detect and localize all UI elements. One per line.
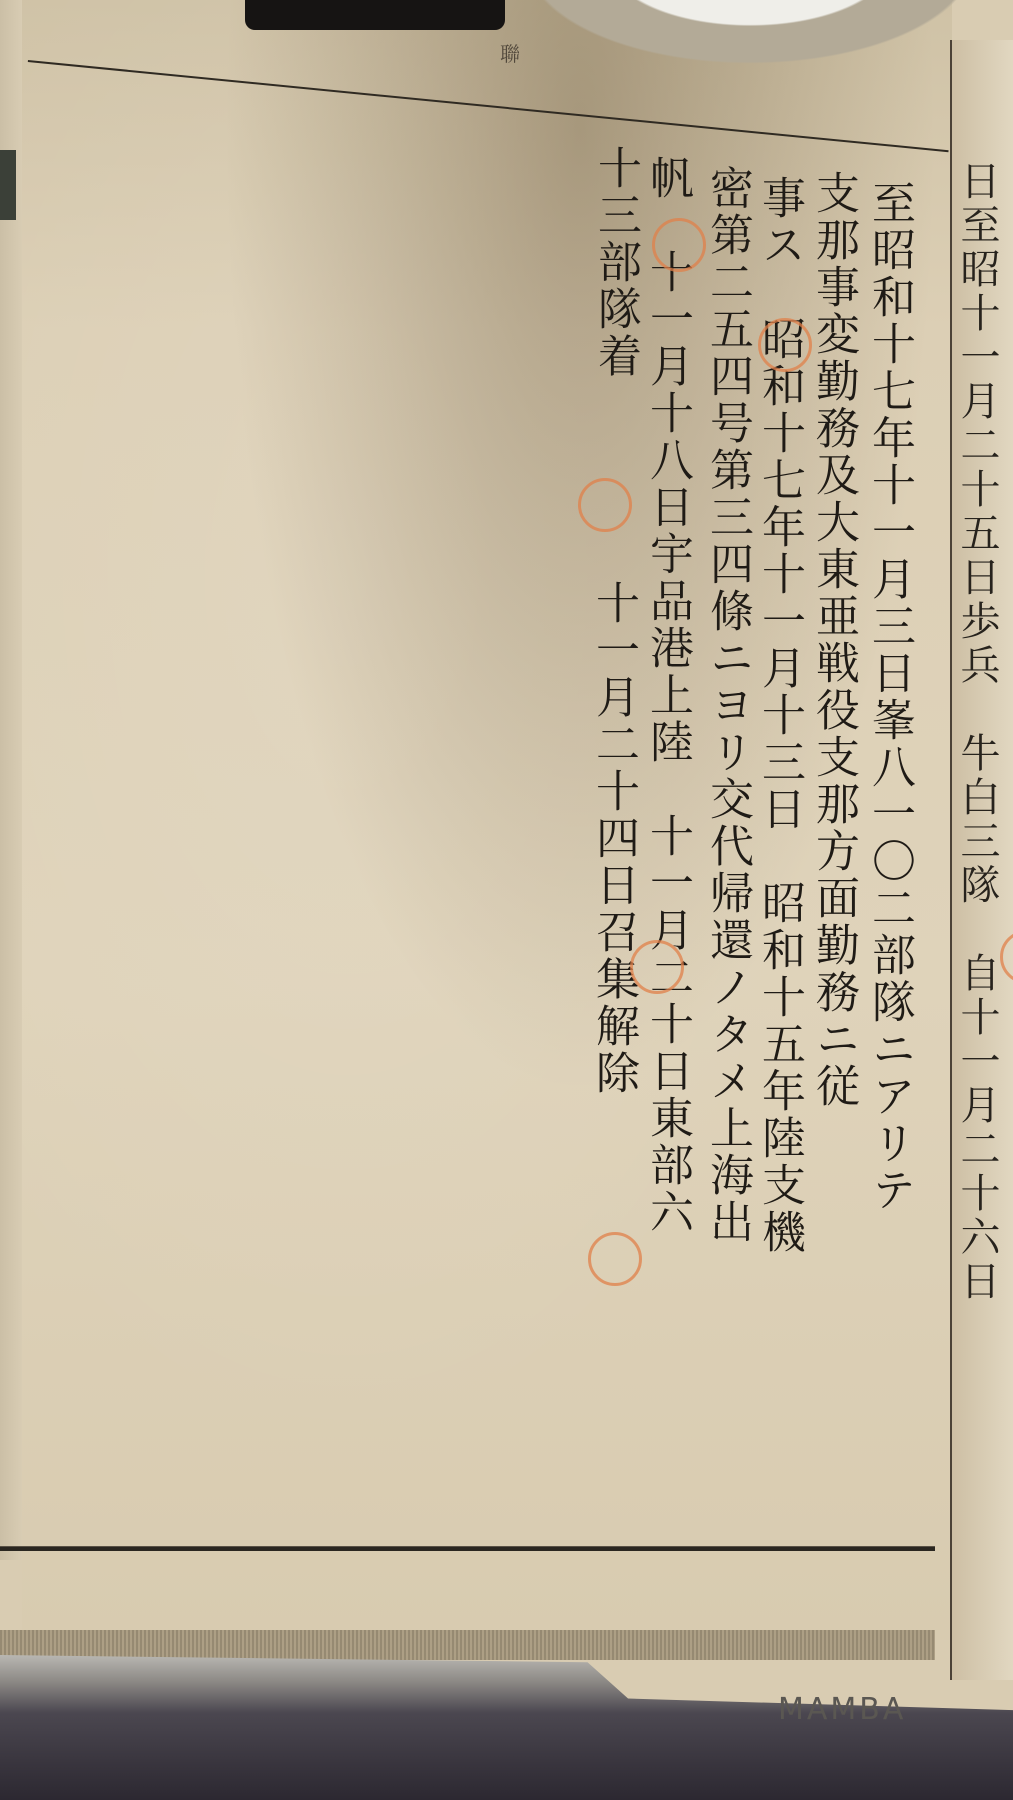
top-dark-clip [245, 0, 505, 30]
right-page-text: 日至昭十一月二十五日歩兵 牛白三隊 自十一月二十六日 [955, 160, 999, 1304]
bottom-ruled-line [0, 1546, 935, 1551]
metal-ruler [0, 1655, 1013, 1800]
handwritten-column-7: 十一月二十四日召集解除 [586, 580, 640, 1097]
red-seal-circle [630, 940, 684, 994]
top-faint-mark: 聯 [500, 38, 520, 67]
previous-page-dark-patch [0, 150, 16, 220]
red-seal-circle [588, 1232, 642, 1286]
handwritten-column-1: 至昭和十七年十一月三日峯八一〇二部隊ニアリテ [862, 180, 916, 1214]
handwritten-column-6: 十三部隊着 [588, 145, 642, 380]
page-stack-edge [0, 1630, 935, 1660]
photo-scene: 聯 日至昭十一月二十五日歩兵 牛白三隊 自十一月二十六日 至昭和十七年十一月三日… [0, 0, 1013, 1800]
red-seal-circle [758, 318, 812, 372]
handwritten-column-5: 帆 十一月十八日宇品港上陸 十一月二十日東部六 [640, 155, 694, 1236]
handwritten-column-4: 密第二五四号第三四條ニヨリ交代帰還ノタメ上海出 [700, 165, 754, 1246]
red-seal-circle [652, 218, 706, 272]
handwritten-column-2: 支那事変勤務及大東亜戦役支那方面勤務ニ従 [806, 170, 860, 1110]
ruler-brand-label: MAMBA [778, 1692, 906, 1727]
red-seal-circle [578, 478, 632, 532]
